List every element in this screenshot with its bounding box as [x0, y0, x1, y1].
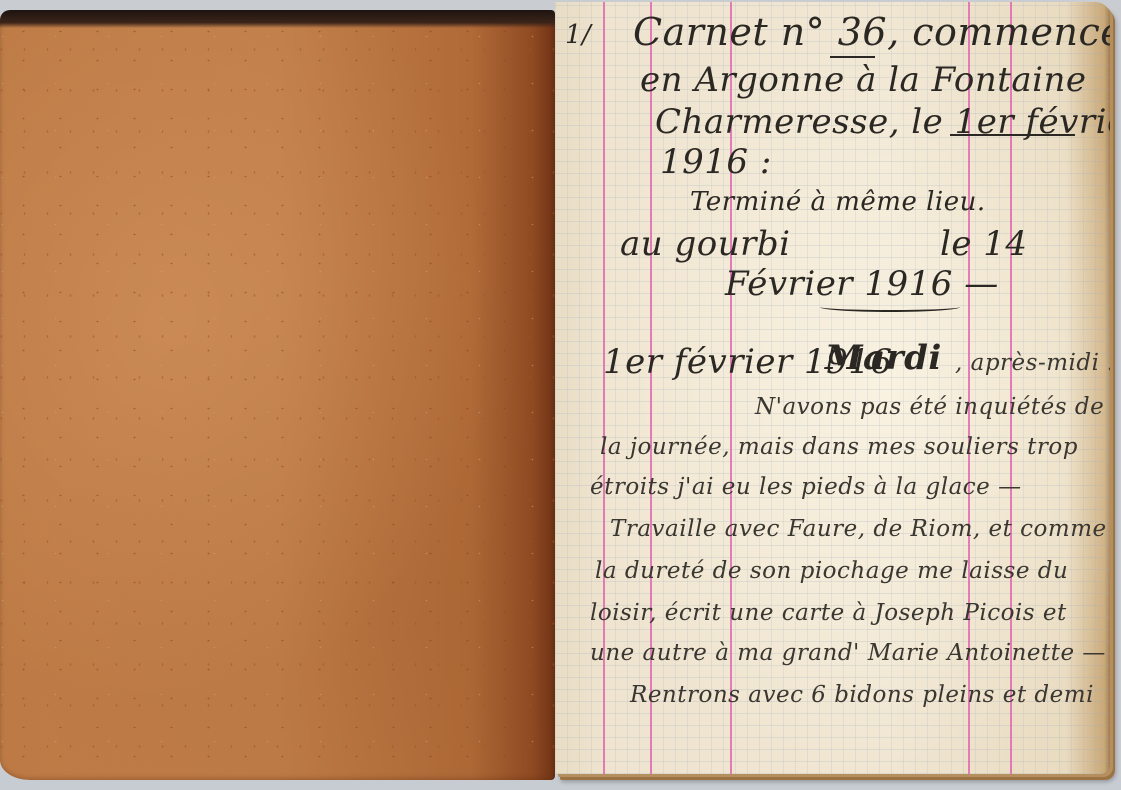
header-line-4: 1916 : [660, 142, 772, 182]
header-line-1: Carnet n° 36, commencé [633, 10, 1110, 54]
header-line-2: en Argonne à la Fontaine [640, 60, 1087, 100]
page-number: 1/ [565, 20, 591, 50]
wavy-underline [820, 302, 960, 312]
date-underline [950, 134, 1075, 136]
entry-line: la dureté de son piochage me laisse du [595, 558, 1068, 584]
entry-line: une autre à ma grand' Marie Antoinette — [590, 640, 1106, 666]
entry-line: loisir, écrit une carte à Joseph Picois … [590, 600, 1067, 626]
entry-line: N'avons pas été inquiétés de [755, 394, 1104, 420]
entry-line: Travaille avec Faure, de Riom, et comme [610, 516, 1107, 542]
notebook-cover-left [0, 10, 555, 780]
header-line-6-left: au gourbi [620, 224, 791, 264]
header-line-7: Février 1916 — [725, 264, 999, 304]
entry-time: , après-midi : [955, 350, 1110, 376]
header-line-6-right: le 14 [940, 224, 1028, 264]
entry-line: la journée, mais dans mes souliers trop [600, 434, 1078, 460]
entry-day: Mardi [825, 338, 942, 378]
number-underline [830, 56, 875, 58]
notebook-page-right: 1/ Carnet n° 36, commencé en Argonne à l… [555, 2, 1110, 774]
entry-line: étroits j'ai eu les pieds à la glace — [590, 474, 1022, 500]
entry-line: Rentrons avec 6 bidons pleins et demi [630, 682, 1094, 708]
header-line-3: Charmeresse, le 1er février [655, 102, 1110, 142]
cover-top-edge [0, 10, 555, 28]
header-line-5: Terminé à même lieu. [690, 187, 986, 217]
